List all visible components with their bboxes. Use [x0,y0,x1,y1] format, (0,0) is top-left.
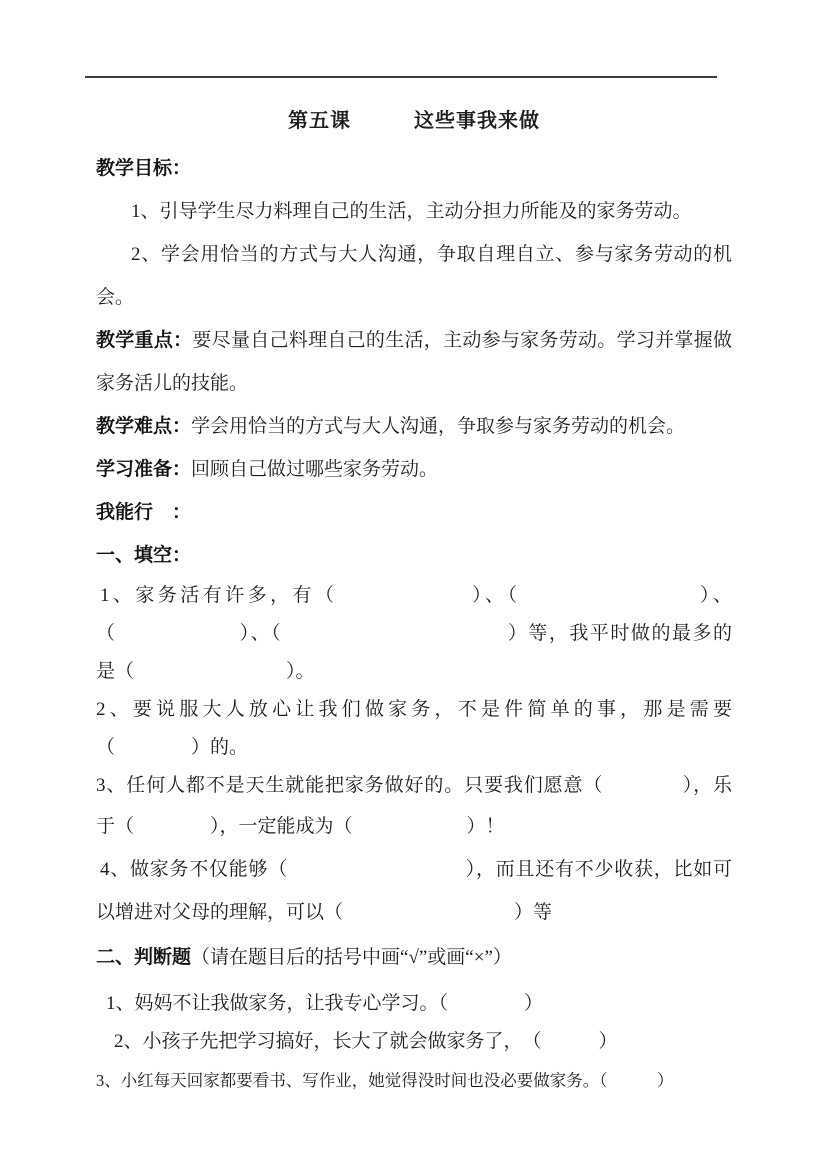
fill-q4-line2: 以增进对父母的理解，可以（ ）等 [96,891,732,934]
judge-q1: 1、妈妈不让我做家务，让我专心学习。（ ） [96,982,732,1025]
header-rule [85,76,717,78]
bold-label: 教学重点： [96,330,192,351]
fill-q3-line2: 于（ ），一定能成为（ ）！ [96,805,732,848]
fill-q1-line3: 是（ ）。 [96,653,732,691]
fill-q1-line2: （ ）、（ ）等，我平时做的最多的 [96,615,732,653]
heading-true-false: 二、判断题（请在题目后的括号中画“√”或画“×”） [96,934,732,982]
heading-fill-in-blanks: 一、填空： [96,534,732,577]
line-text: 家务活儿的技能。 [96,373,248,394]
objective-item-1: 1、引导学生尽力料理自己的生活，主动分担力所能及的家务劳动。 [96,190,732,233]
fill-q1-line1: 1、家务活有许多，有（ ）、（ ）、 [96,577,732,615]
line-text: 3、任何人都不是天生就能把家务做好的。只要我们愿意（ ），乐 [96,775,732,796]
fill-q4-line1: 4、做家务不仅能够（ ），而且还有不少收获，比如可 [96,848,732,891]
objective-item-2-line2: 会。 [96,276,732,319]
bold-label: 教学难点： [96,416,191,437]
line-text: （请在题目后的括号中画“√”或画“×”） [191,947,512,968]
heading-i-can-do: 我能行 ： [96,491,732,534]
bold-label: 我能行 ： [96,502,191,523]
line-text: 是（ ）。 [96,661,315,682]
judge-q2: 2、小孩子先把学习搞好，长大了就会做家务了， （ ） [96,1025,732,1059]
heading-teaching-objectives: 教学目标： [96,147,732,190]
line-text: 2、要说服大人放心让我们做家务，不是件简单的事，那是需要 [96,699,732,720]
line-text: 学会用恰当的方式与大人沟通，争取参与家务劳动的机会。 [191,416,685,437]
teaching-key-points-line2: 家务活儿的技能。 [96,362,732,405]
bold-label: 一、填空： [96,545,191,566]
document-body: 第五课 这些事我来做 教学目标： 1、引导学生尽力料理自己的生活，主动分担力所能… [96,101,732,1102]
line-text: （ ）、（ ）等，我平时做的最多的 [96,623,732,644]
line-text: 要尽量自己料理自己的生活，主动参与家务劳动。学习并掌握做 [192,330,732,351]
line-text: （ ）的。 [96,737,248,758]
teaching-difficulties: 教学难点：学会用恰当的方式与大人沟通，争取参与家务劳动的机会。 [96,405,732,448]
lesson-title: 第五课 这些事我来做 [96,101,732,147]
teaching-key-points-line1: 教学重点：要尽量自己料理自己的生活，主动参与家务劳动。学习并掌握做 [96,319,732,362]
line-text: 于（ ），一定能成为（ ）！ [96,816,505,837]
line-text: 2、学会用恰当的方式与大人沟通，争取自理自立、参与家务劳动的机 [131,244,732,265]
fill-q3-line1: 3、任何人都不是天生就能把家务做好的。只要我们愿意（ ），乐 [96,767,732,805]
fill-q2-line1: 2、要说服大人放心让我们做家务，不是件简单的事，那是需要 [96,691,732,729]
line-text: 3、小红每天回家都要看书、写作业，她觉得没时间也没必要做家务。（ ） [96,1071,674,1090]
line-text: 4、做家务不仅能够（ ），而且还有不少收获，比如可 [100,859,732,880]
line-text: 1、妈妈不让我做家务，让我专心学习。（ ） [106,993,543,1014]
line-text: 回顾自己做过哪些家务劳动。 [191,459,438,480]
bold-label: 教学目标： [96,158,191,179]
fill-q2-line2: （ ）的。 [96,729,732,767]
line-text: 2、小孩子先把学习搞好，长大了就会做家务了， （ ） [114,1031,618,1052]
bold-label: 学习准备： [96,459,191,480]
judge-q3: 3、小红每天回家都要看书、写作业，她觉得没时间也没必要做家务。（ ） [96,1059,732,1102]
worksheet-page: { "page": { "title": "第五课 这些事我来做" }, "co… [0,0,827,1169]
line-text: 1、引导学生尽力料理自己的生活，主动分担力所能及的家务劳动。 [131,201,692,222]
line-text: 会。 [96,287,134,308]
line-text: 1、家务活有许多，有（ ）、（ ）、 [100,585,732,606]
bold-label: 二、判断题 [96,947,191,968]
objective-item-2-line1: 2、学会用恰当的方式与大人沟通，争取自理自立、参与家务劳动的机 [96,233,732,276]
line-text: 以增进对父母的理解，可以（ ）等 [96,902,552,923]
study-preparation: 学习准备：回顾自己做过哪些家务劳动。 [96,448,732,491]
